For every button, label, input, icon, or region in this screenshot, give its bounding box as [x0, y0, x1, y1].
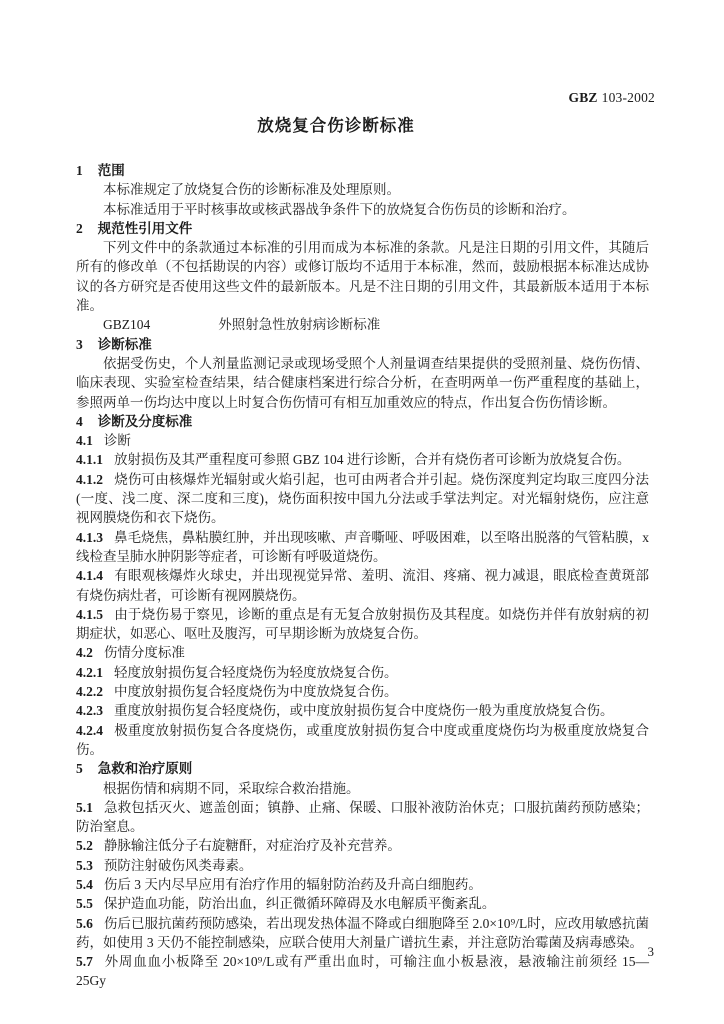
reference-title: 外照射急性放射病诊断标准 — [218, 317, 380, 332]
numbered-clause: 4.1.5由于烧伤易于察见，诊断的重点是有无复合放射损伤及其程度。如烧伤并伴有放… — [76, 605, 649, 644]
clause-text: 急救和治疗原则 — [98, 761, 193, 776]
clause-number: 4.2.2 — [76, 684, 103, 699]
numbered-clause: 5.3预防注射破伤风类毒素。 — [76, 856, 649, 875]
standard-code: GBZ103-2002 — [569, 90, 655, 106]
clause-text: 鼻毛烧焦，鼻粘膜红肿，并出现咳嗽、声音嘶哑、呼吸困难，以至咯出脱落的气管粘膜，x… — [76, 530, 649, 564]
numbered-clause: 5.2静脉输注低分子右旋糖酐，对症治疗及补充营养。 — [76, 836, 649, 855]
clause-text: 诊断 — [104, 433, 131, 448]
clause-text: 依据受伤史，个人剂量监测记录或现场受照个人剂量调查结果提供的受照剂量、烧伤伤情、… — [76, 356, 649, 410]
clause-text: 由于烧伤易于察见，诊断的重点是有无复合放射损伤及其程度。如烧伤并伴有放射病的初期… — [76, 607, 649, 641]
clause-text: 下列文件中的条款通过本标准的引用而成为本标准的条款。凡是注日期的引用文件，其随后… — [76, 240, 649, 313]
paragraph: 下列文件中的条款通过本标准的引用而成为本标准的条款。凡是注日期的引用文件，其随后… — [76, 238, 649, 315]
clause-number: 4.1.2 — [76, 472, 103, 487]
page-title: 放烧复合伤诊断标准 — [76, 112, 596, 136]
clause-text: 范围 — [98, 163, 125, 178]
paragraph: 本标准适用于平时核事故或核武器战争条件下的放烧复合伤伤员的诊断和治疗。 — [76, 200, 649, 219]
clause-text: 预防注射破伤风类毒素。 — [104, 858, 253, 873]
clause-number: 5.2 — [76, 838, 93, 853]
numbered-clause: 4.1.2烧伤可由核爆炸光辐射或火焰引起，也可由两者合并引起。烧伤深度判定均取三… — [76, 470, 649, 528]
numbered-clause: 5.1急救包括灭火、遮盖创面；镇静、止痛、保暖、口服补液防治休克；口服抗菌药预防… — [76, 798, 649, 837]
numbered-clause: 5.4伤后 3 天内尽早应用有治疗作用的辐射防治药及升高白细胞药。 — [76, 875, 649, 894]
section-heading: 3诊断标准 — [76, 335, 649, 354]
clause-number: 4.2 — [76, 645, 93, 660]
section-heading: 4诊断及分度标准 — [76, 412, 649, 431]
clause-number: 5.5 — [76, 896, 93, 911]
numbered-clause: 4.2伤情分度标准 — [76, 643, 649, 662]
clause-number: 4.1 — [76, 433, 93, 448]
numbered-clause: 4.1.3鼻毛烧焦，鼻粘膜红肿，并出现咳嗽、声音嘶哑、呼吸困难，以至咯出脱落的气… — [76, 528, 649, 567]
clause-text: 静脉输注低分子右旋糖酐，对症治疗及补充营养。 — [104, 838, 401, 853]
clause-number: 5.1 — [76, 800, 93, 815]
document-body: 1范围本标准规定了放烧复合伤的诊断标准及处理原则。本标准适用于平时核事故或核武器… — [76, 161, 649, 991]
clause-number: 4.1.4 — [76, 568, 103, 583]
clause-text: 伤情分度标准 — [104, 645, 185, 660]
clause-number: 2 — [76, 221, 83, 236]
paragraph: 根据伤情和病期不同，采取综合救治措施。 — [76, 779, 649, 798]
paragraph: 依据受伤史，个人剂量监测记录或现场受照个人剂量调查结果提供的受照剂量、烧伤伤情、… — [76, 354, 649, 412]
numbered-clause: 4.1诊断 — [76, 431, 649, 450]
clause-text: 重度放射损伤复合轻度烧伤，或中度放射损伤复合中度烧伤一般为重度放烧复合伤。 — [114, 703, 614, 718]
standard-code-prefix: GBZ — [569, 90, 598, 105]
clause-number: 1 — [76, 163, 83, 178]
clause-number: 4.1.5 — [76, 607, 103, 622]
clause-number: 5.3 — [76, 858, 93, 873]
standard-code-number: 103-2002 — [602, 90, 655, 105]
clause-number: 4 — [76, 414, 83, 429]
clause-number: 5.6 — [76, 916, 93, 931]
clause-text: 诊断及分度标准 — [98, 414, 193, 429]
clause-number: 4.2.3 — [76, 703, 103, 718]
clause-number: 4.2.1 — [76, 665, 103, 680]
reference-code: GBZ104 — [103, 317, 150, 332]
clause-text: 保护造血功能，防治出血，纠正微循环障碍及水电解质平衡紊乱。 — [104, 896, 496, 911]
clause-number: 4.1.3 — [76, 530, 103, 545]
numbered-clause: 4.1.4有眼观核爆炸火球史，并出现视觉异常、羞明、流泪、疼痛、视力减退，眼底检… — [76, 566, 649, 605]
clause-number: 4.2.4 — [76, 723, 103, 738]
clause-text: 急救包括灭火、遮盖创面；镇静、止痛、保暖、口服补液防治休克；口服抗菌药预防感染；… — [76, 800, 649, 834]
clause-text: 根据伤情和病期不同，采取综合救治措施。 — [103, 781, 360, 796]
clause-text: 诊断标准 — [98, 337, 152, 352]
clause-text: 本标准适用于平时核事故或核武器战争条件下的放烧复合伤伤员的诊断和治疗。 — [103, 202, 576, 217]
clause-text: 外周血血小板降至 20×10⁹/L或有严重出血时，可输注血小板悬液，悬液输注前须… — [76, 954, 649, 988]
reference-entry: GBZ104外照射急性放射病诊断标准 — [76, 315, 649, 334]
numbered-clause: 4.2.2中度放射损伤复合轻度烧伤为中度放烧复合伤。 — [76, 682, 649, 701]
numbered-clause: 4.1.1放射损伤及其严重程度可参照 GBZ 104 进行诊断，合并有烧伤者可诊… — [76, 450, 649, 469]
clause-text: 伤后 3 天内尽早应用有治疗作用的辐射防治药及升高白细胞药。 — [104, 877, 482, 892]
clause-text: 极重度放射损伤复合各度烧伤，或重度放射损伤复合中度或重度烧伤均为极重度放烧复合伤… — [76, 723, 649, 757]
numbered-clause: 5.7外周血血小板降至 20×10⁹/L或有严重出血时，可输注血小板悬液，悬液输… — [76, 952, 649, 991]
numbered-clause: 5.5保护造血功能，防治出血，纠正微循环障碍及水电解质平衡紊乱。 — [76, 894, 649, 913]
clause-text: 有眼观核爆炸火球史，并出现视觉异常、羞明、流泪、疼痛、视力减退，眼底检查黄斑部有… — [76, 568, 649, 602]
clause-text: 烧伤可由核爆炸光辐射或火焰引起，也可由两者合并引起。烧伤深度判定均取三度四分法(… — [76, 472, 649, 526]
numbered-clause: 4.2.1轻度放射损伤复合轻度烧伤为轻度放烧复合伤。 — [76, 663, 649, 682]
clause-number: 5.4 — [76, 877, 93, 892]
clause-text: 放射损伤及其严重程度可参照 GBZ 104 进行诊断，合并有烧伤者可诊断为放烧复… — [114, 452, 630, 467]
clause-text: 中度放射损伤复合轻度烧伤为中度放烧复合伤。 — [114, 684, 398, 699]
document-page: GBZ103-2002 放烧复合伤诊断标准 1范围本标准规定了放烧复合伤的诊断标… — [0, 0, 724, 1024]
clause-text: 规范性引用文件 — [98, 221, 193, 236]
section-heading: 5急救和治疗原则 — [76, 759, 649, 778]
clause-number: 5 — [76, 761, 83, 776]
section-heading: 2规范性引用文件 — [76, 219, 649, 238]
numbered-clause: 5.6伤后已服抗菌药预防感染，若出现发热体温不降或白细胞降至 2.0×10⁹/L… — [76, 914, 649, 953]
clause-number: 5.7 — [76, 954, 93, 969]
clause-text: 本标准规定了放烧复合伤的诊断标准及处理原则。 — [103, 182, 400, 197]
paragraph: 本标准规定了放烧复合伤的诊断标准及处理原则。 — [76, 180, 649, 199]
section-heading: 1范围 — [76, 161, 649, 180]
numbered-clause: 4.2.4极重度放射损伤复合各度烧伤，或重度放射损伤复合中度或重度烧伤均为极重度… — [76, 721, 649, 760]
clause-text: 轻度放射损伤复合轻度烧伤为轻度放烧复合伤。 — [114, 665, 398, 680]
clause-text: 伤后已服抗菌药预防感染，若出现发热体温不降或白细胞降至 2.0×10⁹/L时，应… — [76, 916, 649, 950]
numbered-clause: 4.2.3重度放射损伤复合轻度烧伤，或中度放射损伤复合中度烧伤一般为重度放烧复合… — [76, 701, 649, 720]
clause-number: 3 — [76, 337, 83, 352]
clause-number: 4.1.1 — [76, 452, 103, 467]
page-number: 3 — [648, 944, 655, 960]
